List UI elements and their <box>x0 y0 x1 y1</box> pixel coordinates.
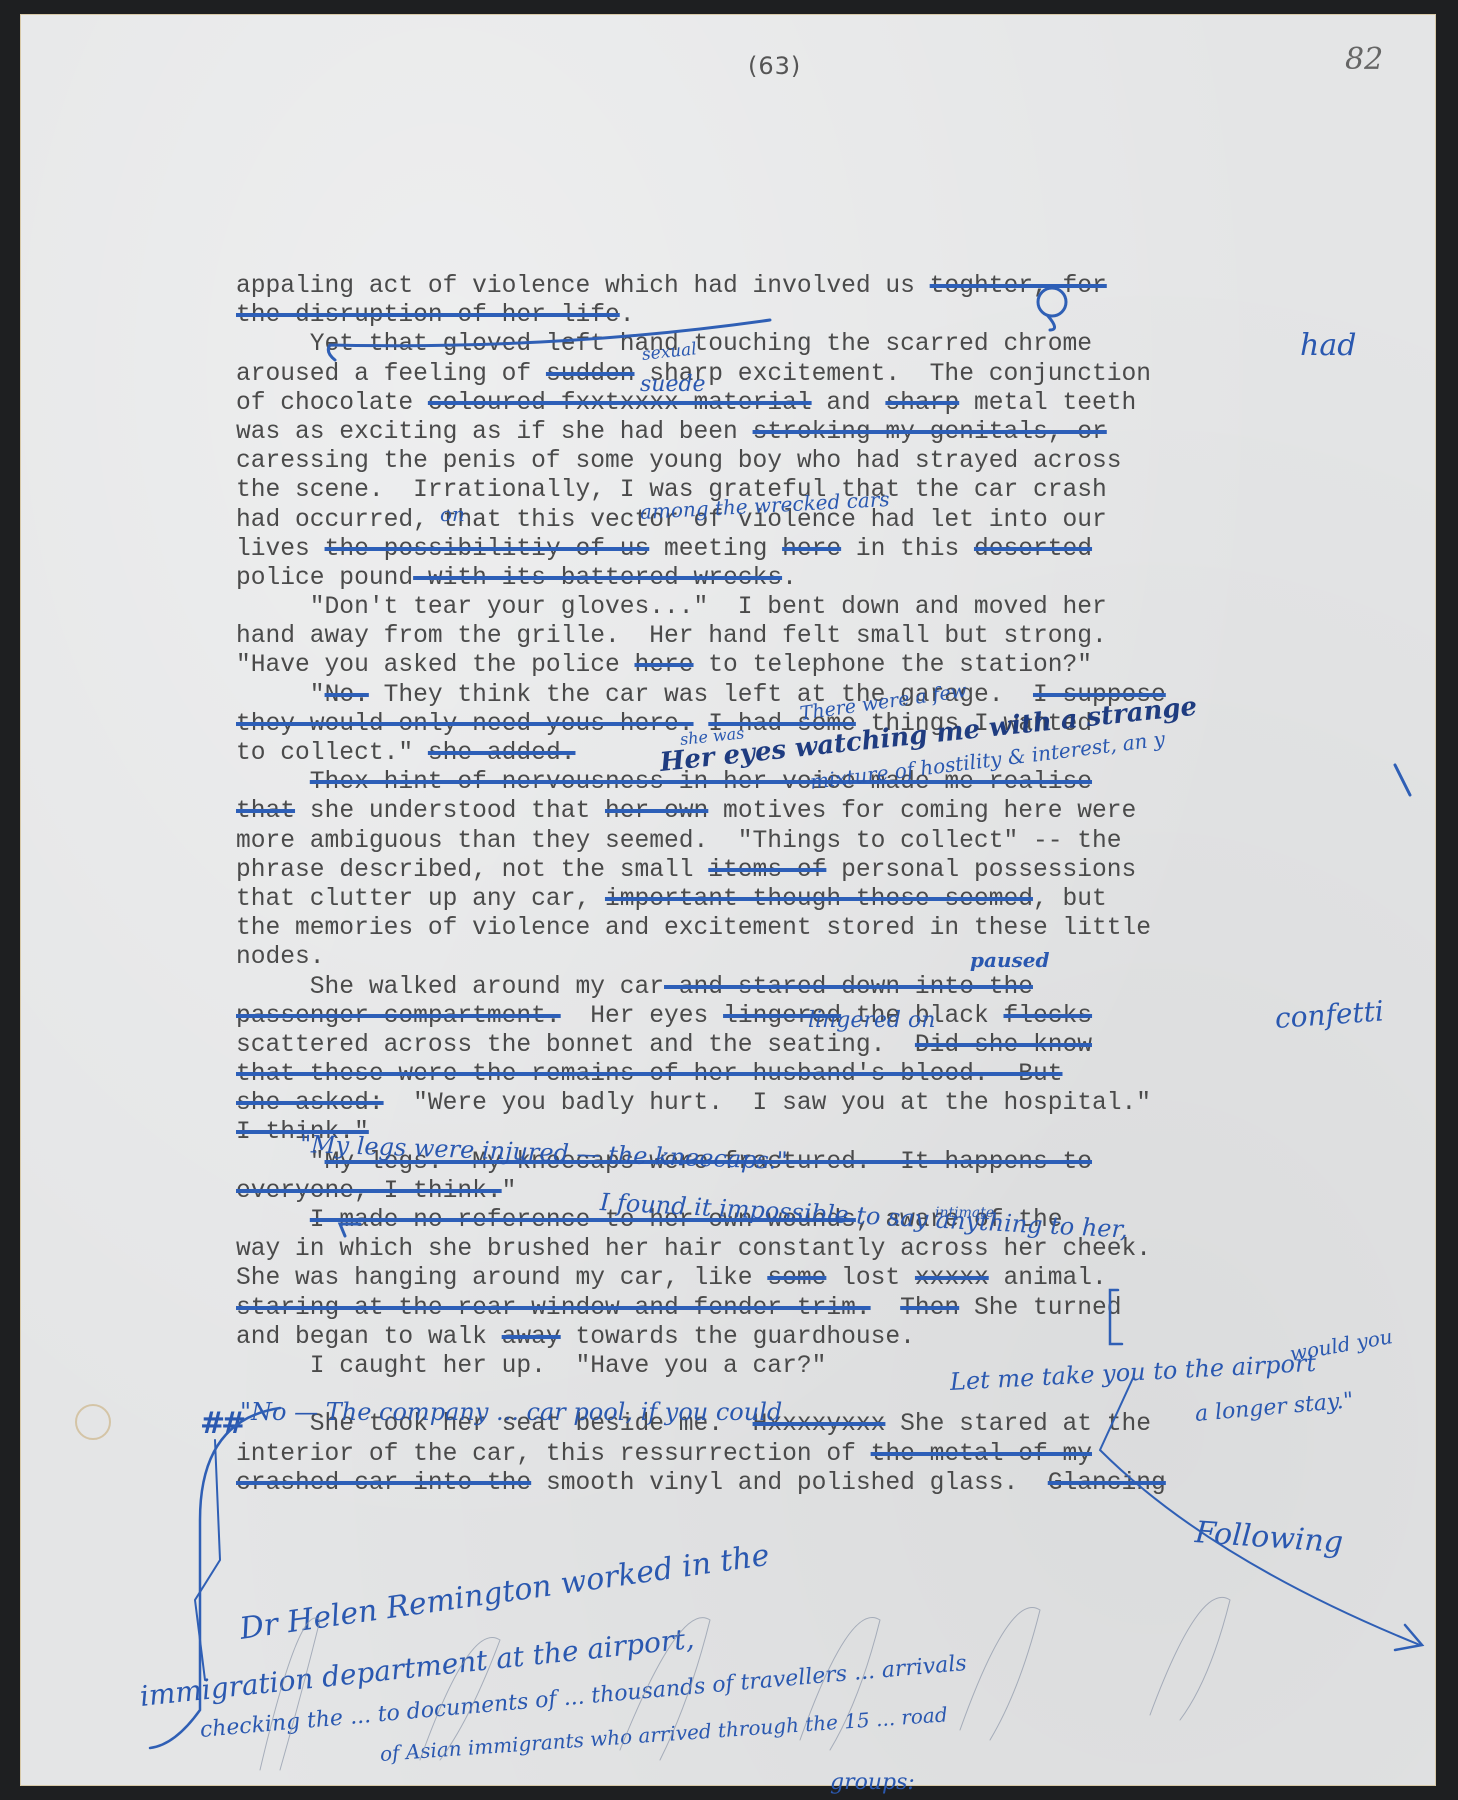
typed-line: Thex hint of nervousness in her voice ma… <box>236 768 1376 797</box>
typed-text <box>236 769 310 796</box>
typed-text: caressing the penis of some young boy wh… <box>236 448 1122 475</box>
typed-text: metal teeth <box>959 390 1136 417</box>
struck-text: here <box>782 536 841 563</box>
typed-text: , but <box>1033 886 1107 913</box>
typed-line: that she understood that her own motives… <box>236 797 1376 826</box>
typed-text: hand away from the grille. Her hand felt… <box>236 623 1107 650</box>
typed-line: "Don't tear your gloves..." I bent down … <box>236 593 1376 622</box>
typed-line: She walked around my car and stared down… <box>236 973 1376 1002</box>
typed-text: sharp excitement. The conjunction <box>635 361 1152 388</box>
typed-text: nodes. <box>236 944 325 971</box>
struck-text: passenger compartment. <box>236 1003 561 1030</box>
struck-text: the metal of my <box>871 1441 1092 1468</box>
struck-text: No. <box>325 682 369 709</box>
typed-text: "Don't tear your gloves..." I bent down … <box>236 594 1107 621</box>
struck-text: her own <box>605 798 708 825</box>
struck-text: flecks <box>1004 1003 1093 1030</box>
annotation-on: on <box>440 502 465 526</box>
struck-text: and stared down into the <box>664 974 1033 1001</box>
struck-text: deserted <box>974 536 1092 563</box>
annotation-intimate: intimate <box>935 1205 994 1221</box>
typed-text: Her eyes <box>561 1003 723 1030</box>
typed-line: nodes. <box>236 943 1376 972</box>
typed-text: more ambiguous than they seemed. "Things… <box>236 828 1122 855</box>
typed-text: way in which she brushed her hair consta… <box>236 1236 1151 1263</box>
typed-text: and <box>812 390 886 417</box>
typed-text: motives for coming here were <box>708 798 1136 825</box>
typed-text: police pound <box>236 565 413 592</box>
typed-line: aroused a feeling of sudden sharp excite… <box>236 360 1376 389</box>
typed-line: police pound with its battered wrecks. <box>236 564 1376 593</box>
typed-line: was as exciting as if she had been strok… <box>236 418 1376 447</box>
struck-text: staring at the rear window and fender tr… <box>236 1295 871 1322</box>
typed-line: She was hanging around my car, like some… <box>236 1264 1376 1293</box>
typed-text: " <box>502 1178 517 1205</box>
typed-text: to telephone the station?" <box>694 652 1092 679</box>
typed-line: way in which she brushed her hair consta… <box>236 1235 1376 1264</box>
typed-line: crashed car into the smooth vinyl and po… <box>236 1469 1376 1498</box>
typed-text: of chocolate <box>236 390 428 417</box>
annotation-paused: paused <box>970 948 1049 972</box>
typed-line: hand away from the grille. Her hand felt… <box>236 622 1376 651</box>
typed-text: She was hanging around my car, like <box>236 1265 767 1292</box>
struck-text: crashed car into the <box>236 1470 531 1497</box>
typed-text: . <box>782 565 797 592</box>
struck-text: the disruption of her life <box>236 302 620 329</box>
typed-line: scattered across the bonnet and the seat… <box>236 1031 1376 1060</box>
typed-line: the disruption of her life. <box>236 301 1376 330</box>
struck-text: sharp <box>885 390 959 417</box>
typed-line: the memories of violence and excitement … <box>236 914 1376 943</box>
typed-text: smooth vinyl and polished glass. <box>531 1470 1048 1497</box>
typed-line: of chocolate coloured fxxtxxxx material … <box>236 389 1376 418</box>
struck-text: the possibilitiy of us <box>325 536 650 563</box>
typed-line: and began to walk away towards the guard… <box>236 1323 1376 1352</box>
struck-text: here <box>634 652 693 679</box>
annotation-suede: suede <box>640 372 706 397</box>
typed-text: I caught her up. "Have you a car?" <box>236 1353 826 1380</box>
annotation-paragraph-mark: ## <box>200 1406 242 1441</box>
typed-text: She stared at the <box>885 1411 1151 1438</box>
typed-text: to collect." <box>236 740 428 767</box>
typed-text: towards the guardhouse. <box>561 1324 915 1351</box>
annotation-no-the-company: "No — The company ... car pool, if you c… <box>240 1398 782 1426</box>
typed-text: aroused a feeling of <box>236 361 546 388</box>
struck-text: xxxxx <box>915 1265 989 1292</box>
typed-text: lost <box>826 1265 915 1292</box>
annotation-lingered-on: lingered on <box>808 1008 935 1033</box>
typed-text: meeting <box>649 536 782 563</box>
struck-text: stroking my genitals, or <box>753 419 1107 446</box>
struck-text: toghter, for <box>930 273 1107 300</box>
typed-line: caressing the penis of some young boy wh… <box>236 447 1376 476</box>
typed-line: that these were the remains of her husba… <box>236 1060 1376 1089</box>
typed-line: Yet that gloved left hand touching the s… <box>236 330 1376 359</box>
struck-text: everyone, I think. <box>236 1178 502 1205</box>
struck-text: she added. <box>428 740 576 767</box>
typed-text: she understood that <box>295 798 605 825</box>
struck-text: away <box>502 1324 561 1351</box>
typed-line: passenger compartment. Her eyes lingered… <box>236 1002 1376 1031</box>
typed-line: staring at the rear window and fender tr… <box>236 1294 1376 1323</box>
annotation-bottom-note-5: groups: <box>830 1770 915 1795</box>
typed-line: that clutter up any car, important thoug… <box>236 885 1376 914</box>
typed-text: " <box>236 682 325 709</box>
typed-text: phrase described, not the small <box>236 857 708 884</box>
typed-text: personal possessions <box>826 857 1136 884</box>
typed-text: She walked around my car <box>236 974 664 1001</box>
struck-text: items of <box>708 857 826 884</box>
typed-line: appaling act of violence which had invol… <box>236 272 1376 301</box>
struck-text: that <box>236 798 295 825</box>
typed-text: the memories of violence and excitement … <box>236 915 1151 942</box>
typed-text: was as exciting as if she had been <box>236 419 753 446</box>
typed-text: . <box>620 302 635 329</box>
typed-text: She turned <box>959 1295 1121 1322</box>
archive-folio-number: 82 <box>1345 42 1383 77</box>
typed-text: interior of the car, this ressurrection … <box>236 1441 871 1468</box>
typed-text: "Were you badly hurt. I saw you at the h… <box>384 1090 1151 1117</box>
struck-text: Then <box>900 1295 959 1322</box>
annotation-had: had <box>1300 328 1356 363</box>
struck-text: she asked: <box>236 1090 384 1117</box>
struck-text: some <box>767 1265 826 1292</box>
typed-line: she asked: "Were you badly hurt. I saw y… <box>236 1089 1376 1118</box>
page-label: (63) <box>748 52 801 80</box>
typed-text <box>236 1207 310 1234</box>
struck-text: Did she know <box>915 1032 1092 1059</box>
struck-text: important though those seemed <box>605 886 1033 913</box>
typed-text: appaling act of violence which had invol… <box>236 273 930 300</box>
typed-text: animal. <box>989 1265 1107 1292</box>
typed-line: phrase described, not the small items of… <box>236 856 1376 885</box>
typed-line: "Have you asked the police here to telep… <box>236 651 1376 680</box>
typed-text: scattered across the bonnet and the seat… <box>236 1032 915 1059</box>
typed-line: more ambiguous than they seemed. "Things… <box>236 827 1376 856</box>
typed-text: that clutter up any car, <box>236 886 605 913</box>
typed-text <box>871 1295 901 1322</box>
struck-text: coloured fxxtxxxx material <box>428 390 812 417</box>
typed-line: interior of the car, this ressurrection … <box>236 1440 1376 1469</box>
typescript-body: appaling act of violence which had invol… <box>236 272 1376 1498</box>
typed-line: lives the possibilitiy of us meeting her… <box>236 535 1376 564</box>
struck-text: that these were the remains of her husba… <box>236 1061 1063 1088</box>
coffee-stain-mark <box>75 1404 111 1440</box>
typed-text: "Have you asked the police <box>236 652 634 679</box>
typed-text: lives <box>236 536 325 563</box>
typed-text: in this <box>841 536 974 563</box>
struck-text: they would only need yous here. <box>236 711 694 738</box>
struck-text: Glancing <box>1048 1470 1166 1497</box>
struck-text: sudden <box>546 361 635 388</box>
struck-text: with its battered wrecks <box>413 565 782 592</box>
typed-text: and began to walk <box>236 1324 502 1351</box>
